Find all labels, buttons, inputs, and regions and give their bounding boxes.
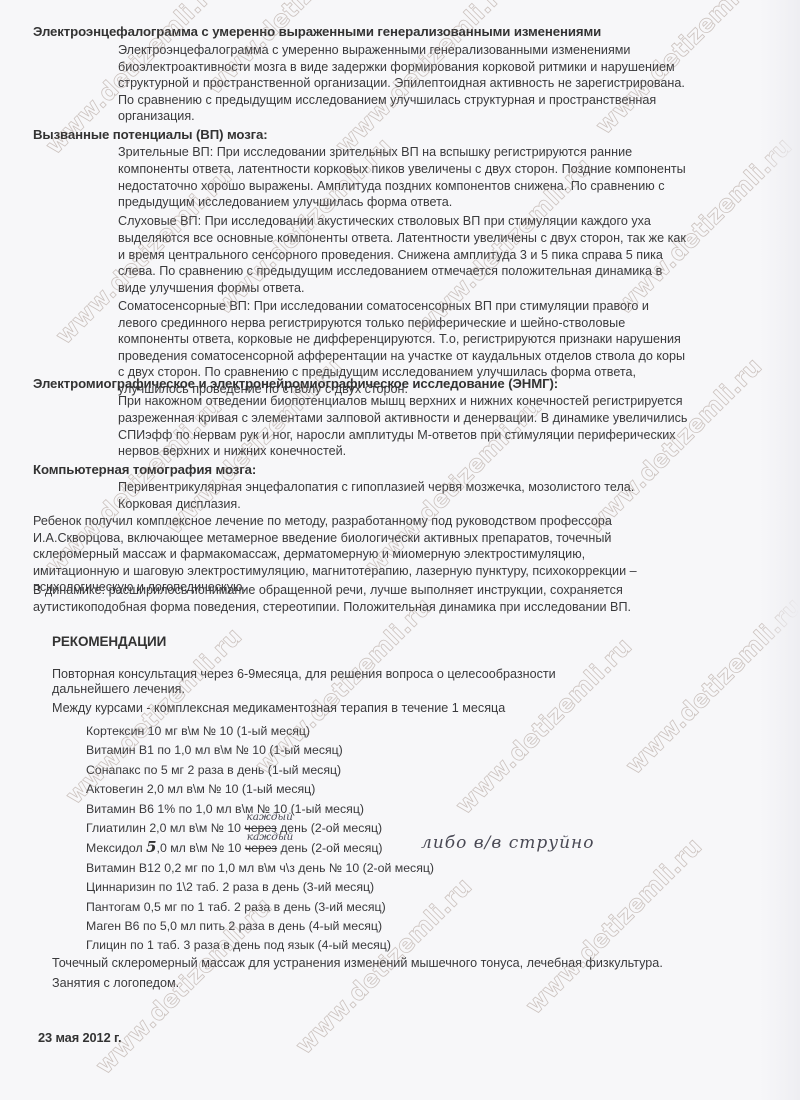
text-line: левого срединного нерва регистрируются т… xyxy=(118,315,685,332)
text-line: структурной и пространственной организац… xyxy=(118,75,685,92)
text-line: И.А.Скворцова, включающее метамерное вве… xyxy=(33,530,637,547)
text-line: Соматосенсорные ВП: При исследовании сом… xyxy=(118,298,685,315)
medication-item: Витамин В12 0,2 мг по 1,0 мл в\м ч\з ден… xyxy=(86,859,434,878)
text-line: компоненты ответа, латентности корковых … xyxy=(118,161,686,178)
text-line: Слуховые ВП: При исследовании акустическ… xyxy=(118,213,686,230)
enmg-body: При накожном отведении биопотенциалов мы… xyxy=(118,393,688,460)
document-page: Электроэнцефалограмма с умеренно выражен… xyxy=(0,0,800,1100)
text-line: аутистикоподобная форма поведения, стере… xyxy=(33,599,631,616)
enmg-heading: Электромиографическое и электронейромиог… xyxy=(33,376,558,391)
document-date: 23 мая 2012 г. xyxy=(38,1030,121,1045)
recommendations-heading: РЕКОМЕНДАЦИИ xyxy=(52,634,166,649)
medication-item: Маген В6 по 5,0 мл пить 2 раза в день (4… xyxy=(86,917,434,936)
medication-item: Глицин по 1 таб. 3 раза в день под язык … xyxy=(86,936,434,955)
watermark-text: www.detizemli.ru xyxy=(520,832,707,1019)
text-line: дальнейшего лечения. xyxy=(52,682,556,697)
medication-item: Циннаризин по 1\2 таб. 2 раза в день (3-… xyxy=(86,878,434,897)
text-line: предыдущим исследованием улучшилась форм… xyxy=(118,194,686,211)
medication-item: Сонапакс по 5 мг 2 раза в день (1-ый мес… xyxy=(86,761,434,780)
text-line: В динамике: расширилось понимание обраще… xyxy=(33,582,631,599)
text-line: Электроэнцефалограмма с умеренно выражен… xyxy=(118,42,685,59)
medication-item-mexidol: Мексидол 5,0 мл в\м № 10 черезкаждый ден… xyxy=(86,838,434,858)
handwritten-annotation: каждый xyxy=(246,808,292,827)
medication-item: Витамин В1 по 1,0 мл в\м № 10 (1-ый меся… xyxy=(86,741,434,760)
medication-item: Актовегин 2,0 мл в\м № 10 (1-ый месяц) xyxy=(86,780,434,799)
text-line: имитационную и шаговую электростимуляцию… xyxy=(33,563,637,580)
text-line: организация. xyxy=(118,108,685,125)
text-line: Перивентрикулярная энцефалопатия с гипоп… xyxy=(118,479,634,496)
massage-text: Точечный склеромерный массаж для устране… xyxy=(52,956,663,970)
ct-heading: Компьютерная томография мозга: xyxy=(33,462,256,477)
speech-therapy-text: Занятия с логопедом. xyxy=(52,976,179,990)
text-line: Ребенок получил комплексное лечение по м… xyxy=(33,513,637,530)
text-line: компоненты ответа, корковые не дифференц… xyxy=(118,331,685,348)
text-line: разреженная кривая с элементами залповой… xyxy=(118,410,688,427)
eeg-body: Электроэнцефалограмма с умеренно выражен… xyxy=(118,42,685,125)
text-line: Зрительные ВП: При исследовании зрительн… xyxy=(118,144,686,161)
evoked-visual: Зрительные ВП: При исследовании зрительн… xyxy=(118,144,686,211)
text-line: Корковая дисплазия. xyxy=(118,496,634,513)
text-line: При накожном отведении биопотенциалов мы… xyxy=(118,393,688,410)
ct-body: Перивентрикулярная энцефалопатия с гипоп… xyxy=(118,479,634,513)
medication-item: Кортексин 10 мг в\м № 10 (1-ый месяц) xyxy=(86,722,434,741)
handwritten-digit: 5 xyxy=(146,838,156,856)
text-line: проведения соматосенсорной афферентации … xyxy=(118,348,685,365)
text-line: слева. По сравнению с предыдущим исследо… xyxy=(118,263,686,280)
dynamics-paragraph: В динамике: расширилось понимание обраще… xyxy=(33,582,631,616)
text-line: Повторная консультация через 6-9месяца, … xyxy=(52,667,556,682)
handwritten-note: либо в/в струйно xyxy=(421,834,594,853)
eeg-heading: Электроэнцефалограмма с умеренно выражен… xyxy=(33,24,601,39)
evoked-auditory: Слуховые ВП: При исследовании акустическ… xyxy=(118,213,686,297)
text-line: биоэлектроактивности мозга в виде задерж… xyxy=(118,59,685,76)
medication-list: Кортексин 10 мг в\м № 10 (1-ый месяц)Вит… xyxy=(86,722,434,956)
consultation-paragraph: Повторная консультация через 6-9месяца, … xyxy=(52,667,556,696)
text-line: недостаточно хорошо выражены. Амплитуда … xyxy=(118,178,686,195)
medication-item: Пантогам 0,5 мг по 1 таб. 2 раза в день … xyxy=(86,898,434,917)
text-line: нервов верхних и нижних конечностей. xyxy=(118,443,688,460)
text-line: По сравнению с предыдущим исследованием … xyxy=(118,92,685,109)
text-line: СПИэфф по нервам рук и ног, наросли ампл… xyxy=(118,427,688,444)
text-line: и время центрального сенсорного проведен… xyxy=(118,247,686,264)
text-line: выделяются все основные компоненты ответ… xyxy=(118,230,686,247)
watermark-text: www.detizemli.ru xyxy=(450,632,637,819)
text-line: виде улучшения формы ответа. xyxy=(118,280,686,297)
handwritten-annotation: каждый xyxy=(247,828,293,847)
text-line: склеромерный массаж и фармакомассаж, дер… xyxy=(33,546,637,563)
evoked-heading: Вызванные потенциалы (ВП) мозга: xyxy=(33,127,268,142)
scan-edge-shadow xyxy=(760,0,800,1100)
between-courses-text: Между курсами - комплексная медикаментоз… xyxy=(52,701,505,715)
